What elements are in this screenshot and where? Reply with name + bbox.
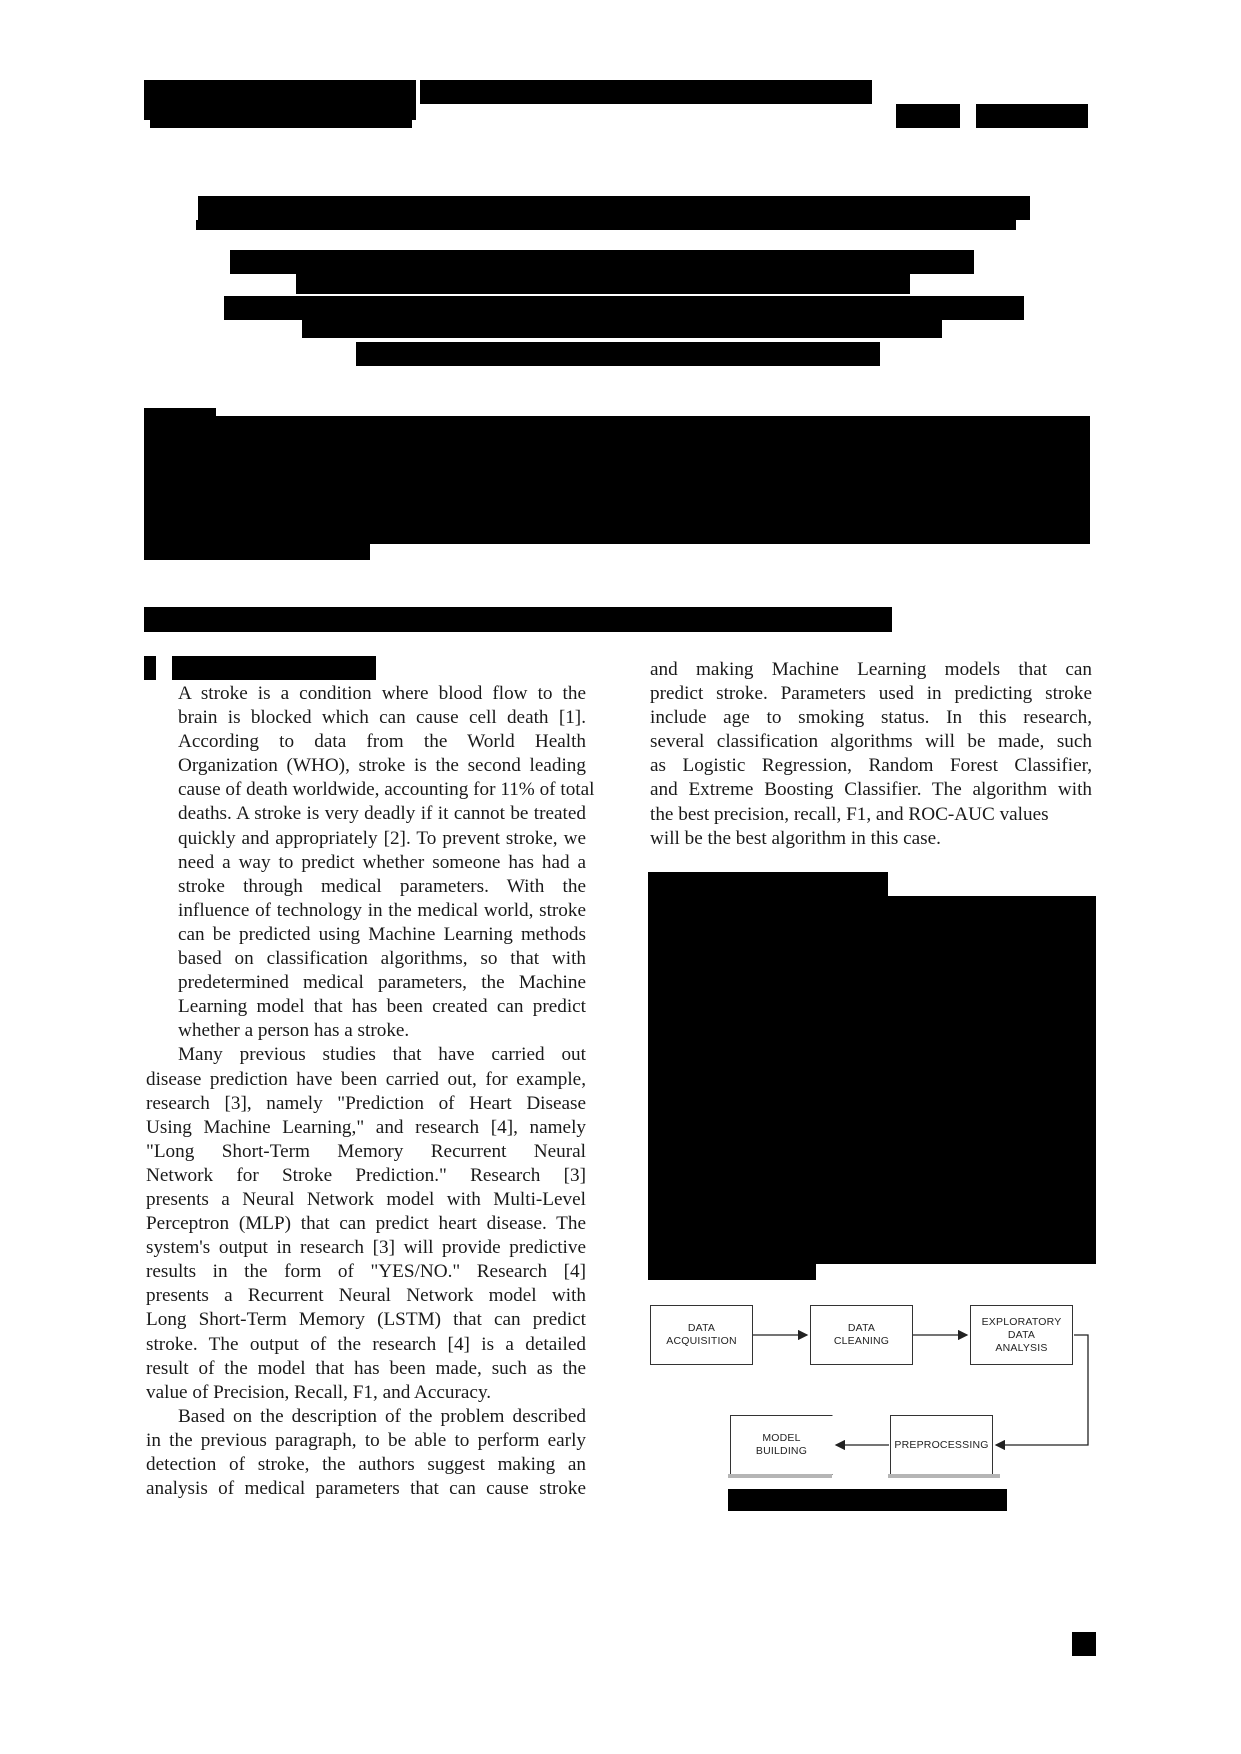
page-number (1072, 1632, 1096, 1656)
node-data-acquisition: DATAACQUISITION (650, 1305, 753, 1365)
node-label: ACQUISITION (666, 1335, 736, 1348)
node-preprocessing: PREPROCESSING (890, 1415, 993, 1475)
node-shadow (888, 1474, 1000, 1478)
figure-1-caption (728, 1489, 1007, 1511)
node-label: BUILDING (756, 1445, 807, 1458)
node-label: CLEANING (834, 1335, 889, 1348)
node-label: ANALYSIS (971, 1342, 1072, 1355)
node-data-cleaning: DATACLEANING (810, 1305, 913, 1365)
node-label: PREPROCESSING (894, 1439, 988, 1452)
node-label: EXPLORATORY DATA (971, 1316, 1072, 1342)
node-model-building: MODELBUILDING (730, 1415, 833, 1475)
node-label: DATA (834, 1322, 889, 1335)
node-exploratory-data-analysis: EXPLORATORY DATAANALYSIS (970, 1305, 1073, 1365)
node-shadow (728, 1474, 832, 1478)
node-label: DATA (666, 1322, 736, 1335)
node-label: MODEL (756, 1432, 807, 1445)
flow-arrows (0, 0, 1241, 1754)
